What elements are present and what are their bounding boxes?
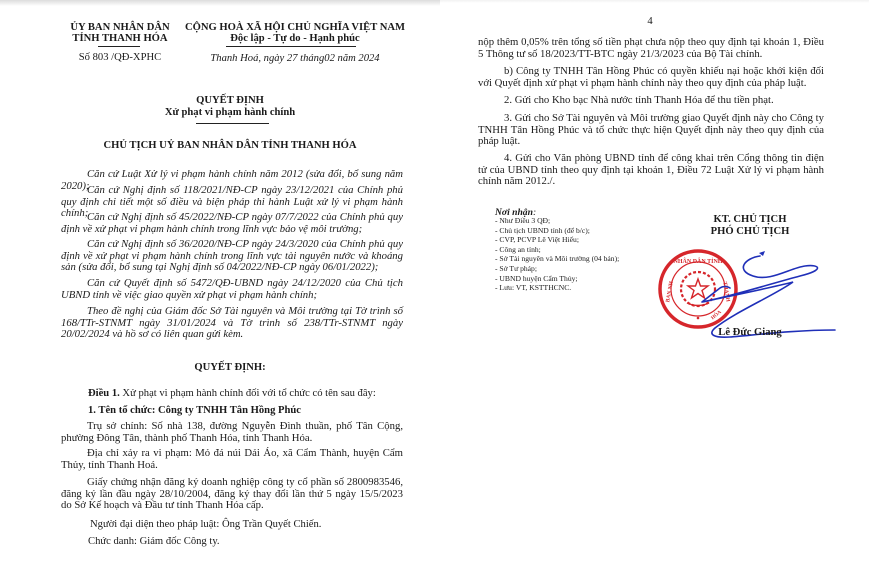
recipients-list: - Như Điều 3 QĐ; - Chủ tịch UBND tỉnh (đ… — [495, 216, 619, 293]
recipient-item: - Sở Tài nguyên và Môi trường (04 bản); — [495, 254, 619, 264]
subtitle-underline — [196, 123, 269, 124]
nation-header: CỘNG HOÀ XÃ HỘI CHỦ NGHĨA VIỆT NAM — [185, 22, 405, 33]
organization-name-line: 1. Tên tổ chức: Công ty TNHH Tân Hồng Ph… — [88, 405, 301, 416]
recipient-item: - Lưu: VT, KSTTHCNC. — [495, 283, 619, 293]
document-subtitle: Xử phạt vi phạm hành chính — [120, 107, 340, 118]
recipient-item: - Công an tỉnh; — [495, 245, 619, 255]
distribution-item-2: 2. Gửi cho Kho bạc Nhà nước tỉnh Thanh H… — [478, 95, 824, 107]
signature-icon — [675, 240, 845, 340]
nation-motto: Độc lập - Tự do - Hạnh phúc — [185, 33, 405, 44]
document-title: QUYẾT ĐỊNH — [120, 95, 340, 106]
business-certificate: Giấy chứng nhận đăng ký doanh nghiệp côn… — [61, 477, 403, 512]
recipient-item: - Sở Tư pháp; — [495, 264, 619, 274]
distribution-item-4: 4. Gửi cho Văn phòng UBND tỉnh để công k… — [478, 153, 824, 188]
signer-name: Lê Đức Giang — [685, 327, 815, 338]
motto-underline — [226, 46, 356, 47]
recipient-item: - UBND huyện Cẩm Thủy; — [495, 274, 619, 284]
issuing-authority: CHỦ TỊCH UỶ BAN NHÂN DÂN TỈNH THANH HÓA — [80, 140, 380, 151]
agency-underline — [98, 46, 140, 47]
distribution-item-3: 3. Gửi cho Sở Tài nguyên và Môi trường g… — [478, 113, 824, 148]
recipient-item: - Chủ tịch UBND tỉnh (để b/c); — [495, 226, 619, 236]
document-number: Số 803 /QĐ-XPHC — [60, 52, 180, 63]
legal-basis-3: Căn cứ Nghị định số 45/2022/NĐ-CP ngày 0… — [61, 212, 403, 235]
document-page-left: ỦY BAN NHÂN DÂN TỈNH THANH HÓA Số 803 /Q… — [0, 0, 435, 580]
recipient-item: - Như Điều 3 QĐ; — [495, 216, 619, 226]
recipient-item: - CVP, PCVP Lê Việt Hiếu; — [495, 235, 619, 245]
agency-name-line2: TỈNH THANH HÓA — [60, 33, 180, 44]
document-page-right: 4 nộp thêm 0,05% trên tổng số tiền phạt … — [435, 0, 869, 580]
place-date: Thanh Hoá, ngày 27 tháng02 năm 2024 — [185, 53, 405, 64]
page-number: 4 — [635, 16, 665, 27]
legal-representative: Người đại diện theo pháp luật: Ông Trần … — [90, 519, 321, 530]
signer-title-2: PHÓ CHỦ TỊCH — [685, 226, 815, 237]
payment-clause: nộp thêm 0,05% trên tổng số tiền phạt ch… — [478, 37, 824, 60]
complaint-right: b) Công ty TNHH Tân Hồng Phúc có quyền k… — [478, 66, 824, 89]
violation-address: Địa chỉ xảy ra vi phạm: Mỏ đá núi Dải Áo… — [61, 448, 403, 471]
position: Chức danh: Giám đốc Công ty. — [88, 536, 220, 547]
legal-basis-6: Theo đề nghị của Giám đốc Sở Tài nguyên … — [61, 306, 403, 341]
legal-basis-5: Căn cứ Quyết định số 5472/QĐ-UBND ngày 2… — [61, 278, 403, 301]
legal-basis-4: Căn cứ Nghị định số 36/2020/NĐ-CP ngày 2… — [61, 239, 403, 274]
signer-title-1: KT. CHỦ TỊCH — [685, 214, 815, 225]
agency-name-line1: ỦY BAN NHÂN DÂN — [60, 22, 180, 33]
decision-heading: QUYẾT ĐỊNH: — [120, 362, 340, 373]
head-office: Trụ sở chính: Số nhà 138, đường Nguyễn Đ… — [61, 421, 403, 444]
article-1: Điều 1. Xử phạt vi phạm hành chính đối v… — [88, 388, 376, 399]
